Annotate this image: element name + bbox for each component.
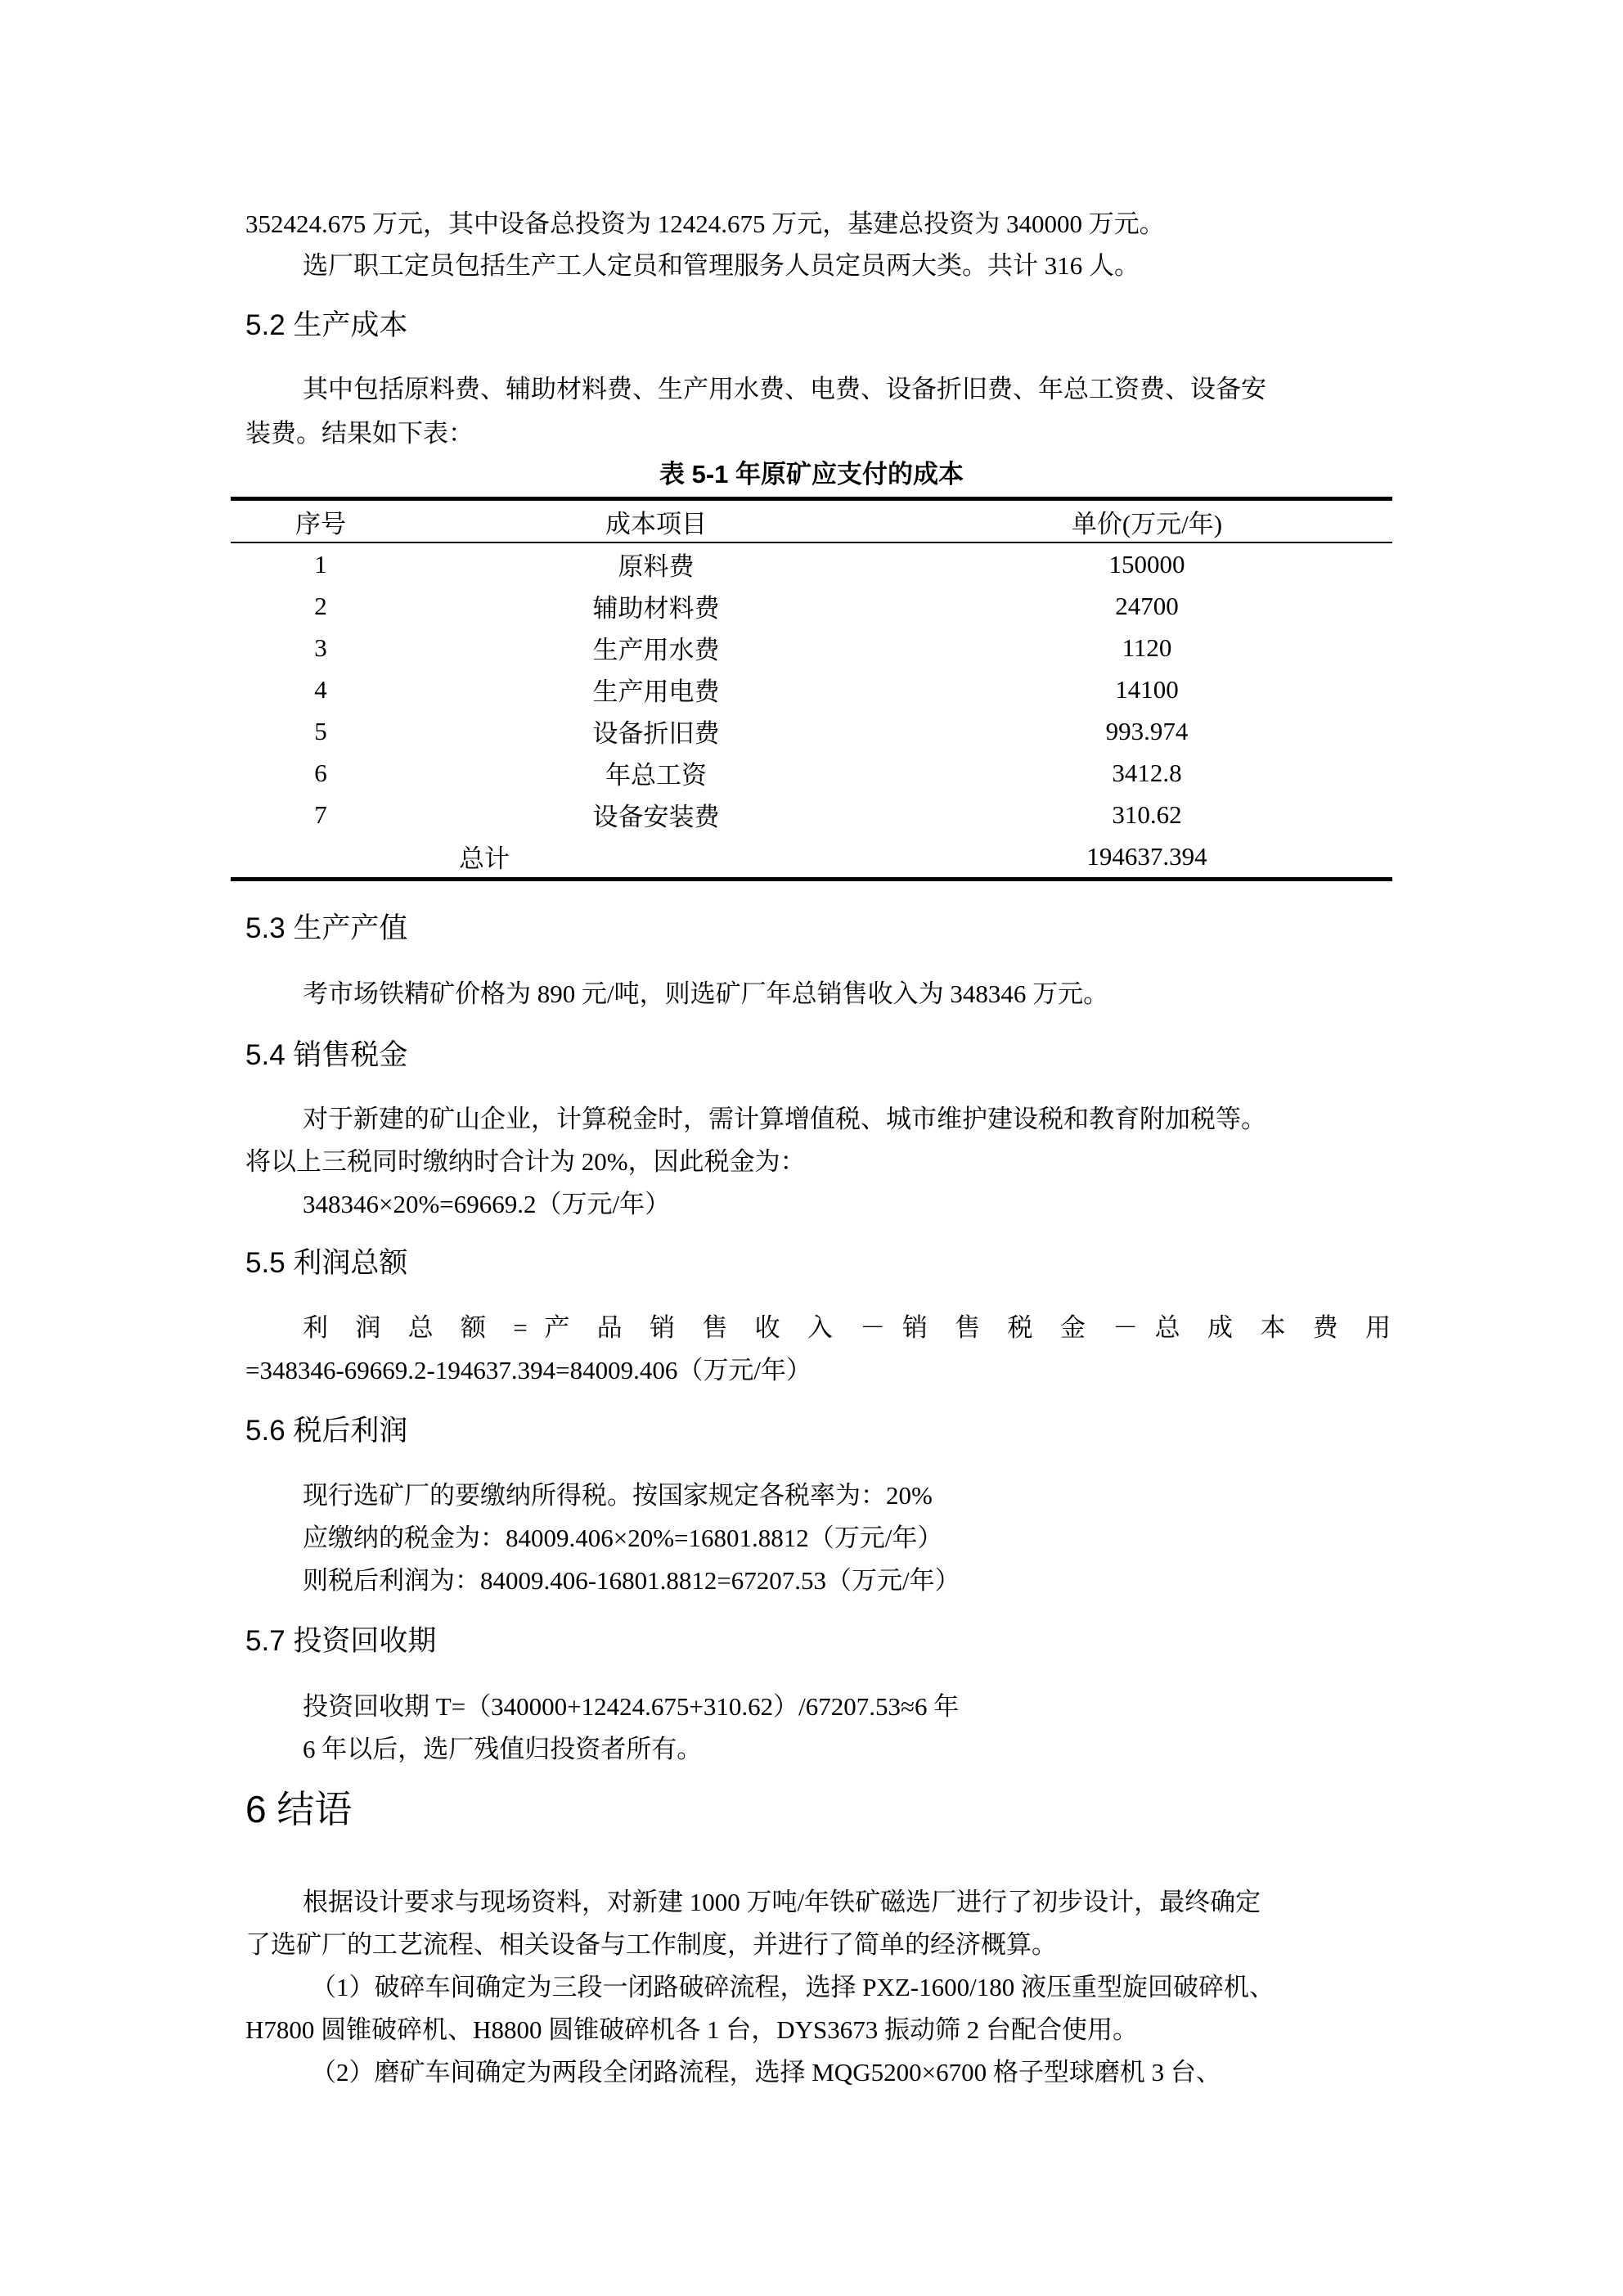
paragraph-5-6-line1: 现行选矿厂的要缴纳所得税。按国家规定各税率为：20% xyxy=(303,1479,933,1512)
section-heading-5-4: 5.4 销售税金 xyxy=(245,1038,407,1074)
item-1-line1: （1）破碎车间确定为三段一闭路破碎流程，选择 PXZ-1600/180 液压重型… xyxy=(311,1971,1275,2004)
cell-no: 6 xyxy=(231,752,411,794)
cell-no: 4 xyxy=(231,669,411,710)
item-2-line1: （2）磨矿车间确定为两段全闭路流程，选择 MQG5200×6700 格子型球磨机… xyxy=(311,2056,1221,2089)
paragraph-5-5-line2: =348346-69669.2-194637.394=84009.406（万元/… xyxy=(245,1354,811,1387)
cell-price: 993.974 xyxy=(901,710,1392,752)
column-header-no: 序号 xyxy=(231,499,411,543)
cell-no: 1 xyxy=(231,542,411,585)
paragraph-5-5-line1: 利 润 总 额 = 产 品 销 售 收 入 － 销 售 税 金 － 总 成 本 … xyxy=(303,1312,1391,1344)
paragraph-5-6-line2: 应缴纳的税金为：84009.406×20%=16801.8812（万元/年） xyxy=(303,1522,942,1555)
cell-price: 24700 xyxy=(901,585,1392,627)
table-row: 6 年总工资 3412.8 xyxy=(231,752,1392,794)
cell-item: 设备安装费 xyxy=(411,794,901,835)
table-row: 2 辅助材料费 24700 xyxy=(231,585,1392,627)
paragraph-investment: 352424.675 万元，其中设备总投资为 12424.675 万元，基建总投… xyxy=(245,208,1165,241)
table-row: 7 设备安装费 310.62 xyxy=(231,794,1392,835)
cost-table: 序号 成本项目 单价(万元/年) 1 原料费 150000 2 辅助材料费 24… xyxy=(231,497,1392,881)
section-heading-6: 6 结语 xyxy=(245,1786,352,1832)
cell-no: 5 xyxy=(231,710,411,752)
paragraph-5-6-line3: 则税后利润为：84009.406-16801.8812=67207.53（万元/… xyxy=(303,1564,960,1597)
cell-price: 1120 xyxy=(901,627,1392,669)
cell-item: 生产用电费 xyxy=(411,669,901,710)
column-header-price: 单价(万元/年) xyxy=(901,499,1392,543)
section-heading-5-5: 5.5 利润总额 xyxy=(245,1245,407,1281)
cell-item: 生产用水费 xyxy=(411,627,901,669)
cell-price: 310.62 xyxy=(901,794,1392,835)
table-row: 1 原料费 150000 xyxy=(231,542,1392,585)
paragraph-6-line1: 根据设计要求与现场资料，对新建 1000 万吨/年铁矿磁选厂进行了初步设计，最终… xyxy=(303,1886,1261,1919)
cell-no: 3 xyxy=(231,627,411,669)
cell-item: 设备折旧费 xyxy=(411,710,901,752)
column-header-item: 成本项目 xyxy=(411,499,901,543)
cell-price: 14100 xyxy=(901,669,1392,710)
section-heading-5-7: 5.7 投资回收期 xyxy=(245,1623,436,1659)
paragraph-5-7-line1: 投资回收期 T=（340000+12424.675+310.62）/67207.… xyxy=(303,1690,959,1723)
cell-price: 150000 xyxy=(901,542,1392,585)
cell-item: 年总工资 xyxy=(411,752,901,794)
paragraph-5-2-line1: 其中包括原料费、辅助材料费、生产用水费、电费、设备折旧费、年总工资费、设备安 xyxy=(303,373,1266,406)
section-heading-5-2: 5.2 生产成本 xyxy=(245,308,407,344)
table-total-row: 总计 194637.394 xyxy=(231,835,1392,880)
cell-item: 原料费 xyxy=(411,542,901,585)
section-heading-5-3: 5.3 生产产值 xyxy=(245,911,407,947)
cell-price: 3412.8 xyxy=(901,752,1392,794)
paragraph-5-2-line2: 装费。结果如下表： xyxy=(245,417,474,450)
formula-sales-tax: 348346×20%=69669.2（万元/年） xyxy=(303,1188,670,1221)
table-header-row: 序号 成本项目 单价(万元/年) xyxy=(231,499,1392,543)
table-row: 4 生产用电费 14100 xyxy=(231,669,1392,710)
paragraph-5-4-line2: 将以上三税同时缴纳时合计为 20%，因此税金为： xyxy=(245,1146,806,1178)
table-row: 3 生产用水费 1120 xyxy=(231,627,1392,669)
paragraph-5-7-line2: 6 年以后，选厂残值归投资者所有。 xyxy=(303,1733,702,1766)
paragraph-6-line2: 了选矿厂的工艺流程、相关设备与工作制度，并进行了简单的经济概算。 xyxy=(245,1929,1057,1961)
cell-total-label: 总计 xyxy=(231,835,901,880)
table-row: 5 设备折旧费 993.974 xyxy=(231,710,1392,752)
cell-no: 2 xyxy=(231,585,411,627)
table-caption: 表 5-1 年原矿应支付的成本 xyxy=(231,458,1392,491)
section-heading-5-6: 5.6 税后利润 xyxy=(245,1413,407,1449)
item-1-line2: H7800 圆锥破碎机、H8800 圆锥破碎机各 1 台，DYS3673 振动筛… xyxy=(245,2014,1138,2046)
cell-total-value: 194637.394 xyxy=(901,835,1392,880)
cell-no: 7 xyxy=(231,794,411,835)
paragraph-staffing: 选厂职工定员包括生产工人定员和管理服务人员定员两大类。共计 316 人。 xyxy=(303,250,1140,282)
paragraph-5-4-line1: 对于新建的矿山企业，计算税金时，需计算增值税、城市维护建设税和教育附加税等。 xyxy=(303,1103,1266,1136)
cell-item: 辅助材料费 xyxy=(411,585,901,627)
paragraph-5-3: 考市场铁精矿价格为 890 元/吨，则选矿厂年总销售收入为 348346 万元。 xyxy=(303,978,1108,1011)
